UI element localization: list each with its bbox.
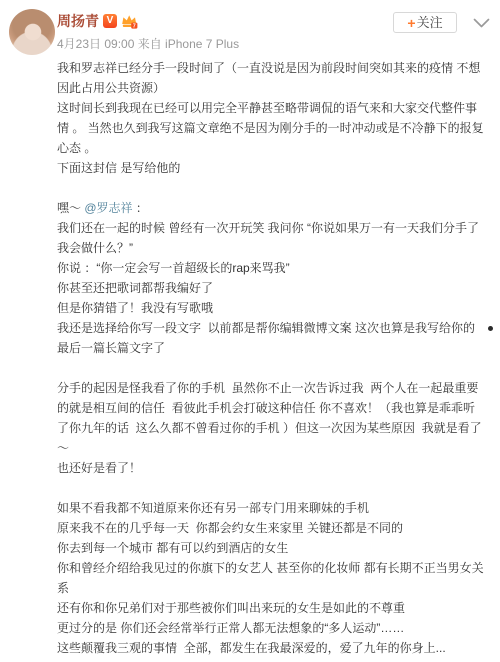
text-line: 这些颠覆我三观的事情 全部，都发生在我最深爱的，爱了九年的你身上...: [57, 638, 493, 658]
mention-line: 嘿～ @罗志祥 ：: [57, 198, 493, 218]
text-line: 也还好是看了！: [57, 458, 493, 478]
text-line: 系: [57, 578, 493, 598]
post-content: 我和罗志祥已经分手一段时间了（一直没说是因为前段时间突如其来的疫情 不想因此占用…: [0, 55, 500, 658]
mention-suffix: ：: [133, 201, 148, 215]
author-name[interactable]: 周扬青: [57, 11, 99, 31]
post-timestamp-source: 4月23日 09:00 来自 iPhone 7 Plus: [57, 35, 490, 52]
scroll-dot: [488, 326, 493, 331]
weibo-post-card: 周扬青 V 7 4月23日 09:00 来自 iPhone 7 Plus + 关…: [0, 0, 500, 662]
text-line: 分手的起因是怪我看了你的手机 虽然你不止一次告诉过我 两个人在一起最重要: [57, 378, 493, 398]
text-line: 原来我不在的几乎每一天 你都会约女生来家里 关键还都是不同的: [57, 518, 493, 538]
header-actions: + 关注: [393, 12, 490, 33]
verified-v-icon: V: [103, 14, 117, 28]
text-line: 我和罗志祥已经分手一段时间了（一直没说是因为前段时间突如其来的疫情 不想: [57, 58, 493, 78]
follow-button[interactable]: + 关注: [393, 12, 457, 33]
text-line: 下面这封信 是写给他的: [57, 158, 493, 178]
text-line: 你去到每一个城市 都有可以约到酒店的女生: [57, 538, 493, 558]
mention-prefix: 嘿～: [57, 201, 84, 215]
paragraph-2: 嘿～ @罗志祥 ： 我们还在一起的时候 曾经有一次开玩笑 我问你 “你说如果万一…: [57, 198, 493, 358]
text-line: 这时间长到我现在已经可以用完全平静甚至略带调侃的语气来和大家交代整件事: [57, 98, 493, 118]
follow-button-label: 关注: [417, 16, 443, 29]
text-line: 我会做什么？”: [57, 238, 493, 258]
plus-icon: +: [407, 16, 415, 30]
text-line: 还有你和你兄弟们对于那些被你们叫出来玩的女生是如此的不尊重: [57, 598, 493, 618]
text-line: 的就是相互间的信任 看彼此手机会打破这种信任 你不喜欢！（我也算是乖乖听: [57, 398, 493, 418]
chevron-down-icon[interactable]: [473, 18, 490, 29]
text-line: 我还是选择给你写一段文字 以前都是帮你编辑微博文案 这次也算是我写给你的: [57, 318, 493, 338]
text-line: 更过分的是 你们还会经常举行正常人都无法想象的“多人运动”……: [57, 618, 493, 638]
post-header: 周扬青 V 7 4月23日 09:00 来自 iPhone 7 Plus + 关…: [0, 0, 500, 55]
text-line: 了你九年的话 这么久都不曾看过你的手机 ）但这一次因为某些原因 我就是看了: [57, 418, 493, 438]
paragraph-3: 分手的起因是怪我看了你的手机 虽然你不止一次告诉过我 两个人在一起最重要的就是相…: [57, 378, 493, 478]
text-line: 情 。 当然也久到我写这篇文章绝不是因为刚分手的一时冲动或是不冷静下的报复: [57, 118, 493, 138]
paragraph-1: 我和罗志祥已经分手一段时间了（一直没说是因为前段时间突如其来的疫情 不想因此占用…: [57, 58, 493, 178]
text-line: 如果不看我都不知道原来你还有另一部专门用来聊妹的手机: [57, 498, 493, 518]
text-line: 我们还在一起的时候 曾经有一次开玩笑 我问你 “你说如果万一有一天我们分手了: [57, 218, 493, 238]
paragraph-2-lines: 我们还在一起的时候 曾经有一次开玩笑 我问你 “你说如果万一有一天我们分手了我会…: [57, 218, 493, 358]
text-line: 心态 。: [57, 138, 493, 158]
text-line: 最后一篇长篇文字了: [57, 338, 493, 358]
text-line: 因此占用公共资源）: [57, 78, 493, 98]
avatar[interactable]: [9, 9, 55, 55]
text-line: ～: [57, 438, 493, 458]
text-line: 你甚至还把歌词都帮我编好了: [57, 278, 493, 298]
vip-crown-icon: 7: [121, 14, 138, 29]
svg-text:7: 7: [133, 23, 136, 29]
paragraph-4: 如果不看我都不知道原来你还有另一部专门用来聊妹的手机原来我不在的几乎每一天 你都…: [57, 498, 493, 658]
text-line: 你和曾经介绍给我见过的你旗下的女艺人 甚至你的化妆师 都有长期不正当男女关: [57, 558, 493, 578]
text-line: 你说 ：“你一定会写一首超级长的rap来骂我”: [57, 258, 493, 278]
text-line: 但是你猜错了！我没有写歌哦: [57, 298, 493, 318]
mention-link[interactable]: @罗志祥: [84, 201, 132, 215]
